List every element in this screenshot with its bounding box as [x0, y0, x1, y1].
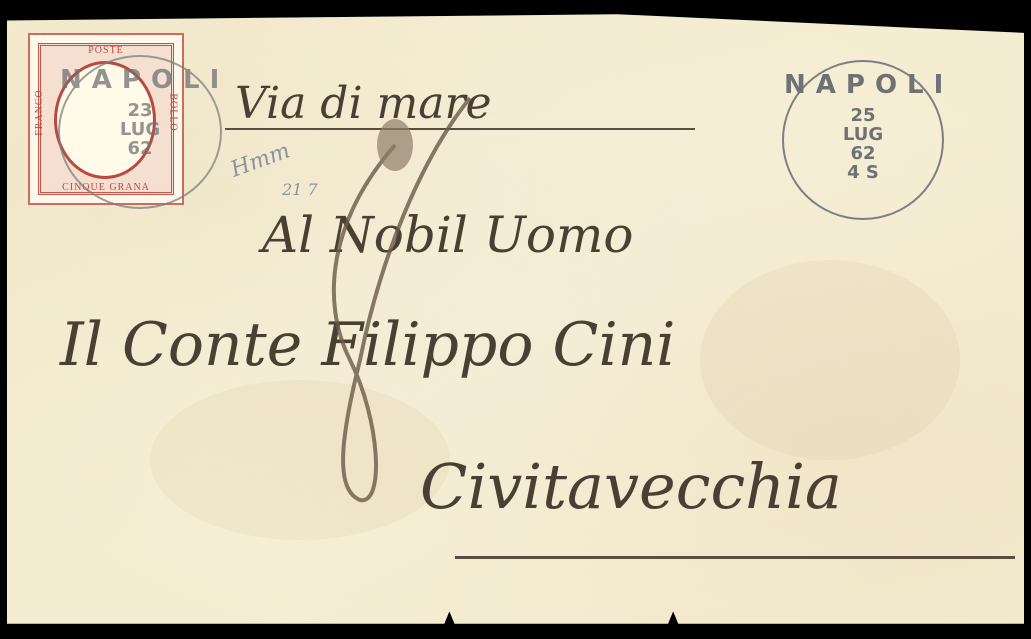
tax-mark-8	[0, 0, 1031, 639]
